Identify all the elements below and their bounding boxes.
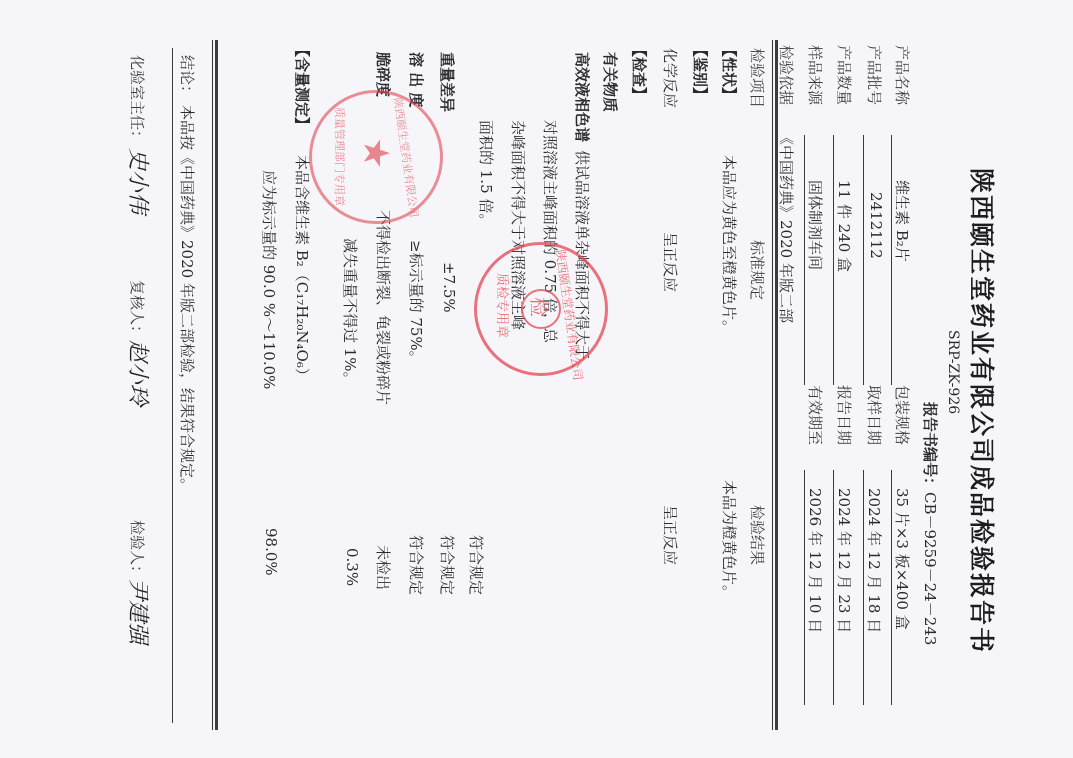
- dissolution-standard: ≥标示量的 75%。: [406, 240, 427, 366]
- package-spec-value: 35 片×3 板×400 盒: [892, 488, 913, 630]
- inspector-signature: 尹建强: [124, 578, 155, 644]
- hplc-item: 高效液相色谱: [572, 52, 593, 142]
- section-identification: 【鉴别】: [690, 42, 711, 102]
- assay-standard-2: 应为标示量的 90.0 %～110.0%: [259, 170, 280, 389]
- assay-standard-1: 本品含维生素 B₂（C₁₇H₂₀N₄O₆）: [292, 155, 313, 383]
- report-number-label: 报告书编号：: [921, 402, 939, 492]
- reviewer-label: 复核人：: [127, 280, 148, 340]
- character-standard: 本品应为黄色至橙黄色片。: [719, 155, 740, 335]
- hplc-standard-line-4: 面积的 1.5 倍。: [476, 120, 497, 228]
- col-header-standard: 标准规定: [747, 240, 768, 300]
- source-value: 固体制剂车间: [805, 180, 826, 270]
- hplc-result-1: 符合规定: [466, 535, 487, 595]
- weight-variation-result: 符合规定: [406, 535, 427, 595]
- lab-director-label: 化验室主任：: [127, 55, 148, 145]
- friability-standard-2: 减失重量不得过 1%。: [340, 238, 361, 387]
- qc-stamp: 陕西颐生堂药业有限公司 检 质检专用章: [474, 242, 608, 376]
- chem-reaction-standard: 呈正反应: [660, 232, 681, 292]
- report-number: 报告书编号：CB－9259－24－243: [920, 402, 941, 645]
- quantity-value: 11 件 240 盒: [834, 180, 855, 272]
- conclusion-text: 本品按《中国药典》2020 年版二部检验，结果符合规定。: [177, 105, 198, 493]
- related-substances-item: 有关物质: [600, 52, 621, 112]
- assay-result: 98.0%: [262, 528, 280, 576]
- col-header-result: 检验结果: [747, 505, 768, 565]
- company-stamp: 陕西颐生堂药业有限公司 ★ 质量管理部门专用章: [309, 90, 443, 224]
- source-label: 样品来源: [805, 45, 826, 105]
- report-date-value: 2024 年 12 月 23 日: [834, 488, 855, 633]
- section-assay: 【含量测定】: [292, 42, 313, 132]
- friability-result-2: 0.3%: [343, 548, 361, 586]
- hplc-result-2: 符合规定: [437, 535, 458, 595]
- qc-stamp-center: 检: [526, 297, 555, 317]
- sampling-date-value: 2024 年 12 月 18 日: [864, 488, 885, 633]
- star-icon: ★: [355, 137, 396, 169]
- company-report-title: 陕西颐生堂药业有限公司成品检验报告书: [965, 168, 1001, 654]
- expiry-label: 有效期至: [805, 385, 826, 445]
- batch-value: 2412112: [867, 192, 885, 259]
- basis-label: 检验依据: [776, 45, 797, 105]
- inspection-report-document: 陕西颐生堂药业有限公司成品检验报告书 SRP-ZK-926 报告书编号：CB－9…: [0, 0, 1073, 758]
- chem-reaction-result: 呈正反应: [660, 505, 681, 565]
- friability-result-1: 未检出: [373, 545, 394, 590]
- report-date-label: 报告日期: [834, 385, 855, 445]
- product-name-label: 产品名称: [892, 45, 913, 105]
- quantity-label: 产品数量: [834, 45, 855, 105]
- reviewer-signature: 赵小玲: [124, 340, 155, 406]
- basis-value: 《中国药典》2020 年版二部: [776, 130, 797, 323]
- inspector-label: 检验人：: [127, 520, 148, 580]
- report-number-value: CB－9259－24－243: [921, 492, 939, 645]
- company-stamp-bottom: 质量管理部门专用章: [332, 107, 348, 206]
- form-code: SRP-ZK-926: [945, 330, 961, 414]
- section-inspection: 【检查】: [629, 42, 650, 102]
- batch-label: 产品批号: [864, 45, 885, 105]
- section-character: 【性状】: [719, 42, 740, 102]
- weight-variation-standard: ±7.5%: [440, 262, 458, 313]
- friability-standard-1: 不得检出断裂、龟裂或粉碎片: [373, 210, 394, 405]
- conclusion-label: 结论：: [177, 55, 198, 100]
- character-result: 本品为橙黄色片。: [719, 480, 740, 600]
- lab-director-signature: 史小伟: [124, 148, 155, 214]
- sampling-date-label: 取样日期: [864, 385, 885, 445]
- weight-variation-item: 重量差异: [437, 52, 458, 112]
- col-header-item: 检验项目: [747, 48, 768, 108]
- package-spec-label: 包装规格: [892, 385, 913, 445]
- qc-stamp-bottom: 质检专用章: [494, 273, 513, 338]
- expiry-value: 2026 年 12 月 10 日: [805, 488, 826, 633]
- product-name-value: 维生素 B₂片: [892, 180, 913, 262]
- chem-reaction-item: 化学反应: [660, 48, 681, 108]
